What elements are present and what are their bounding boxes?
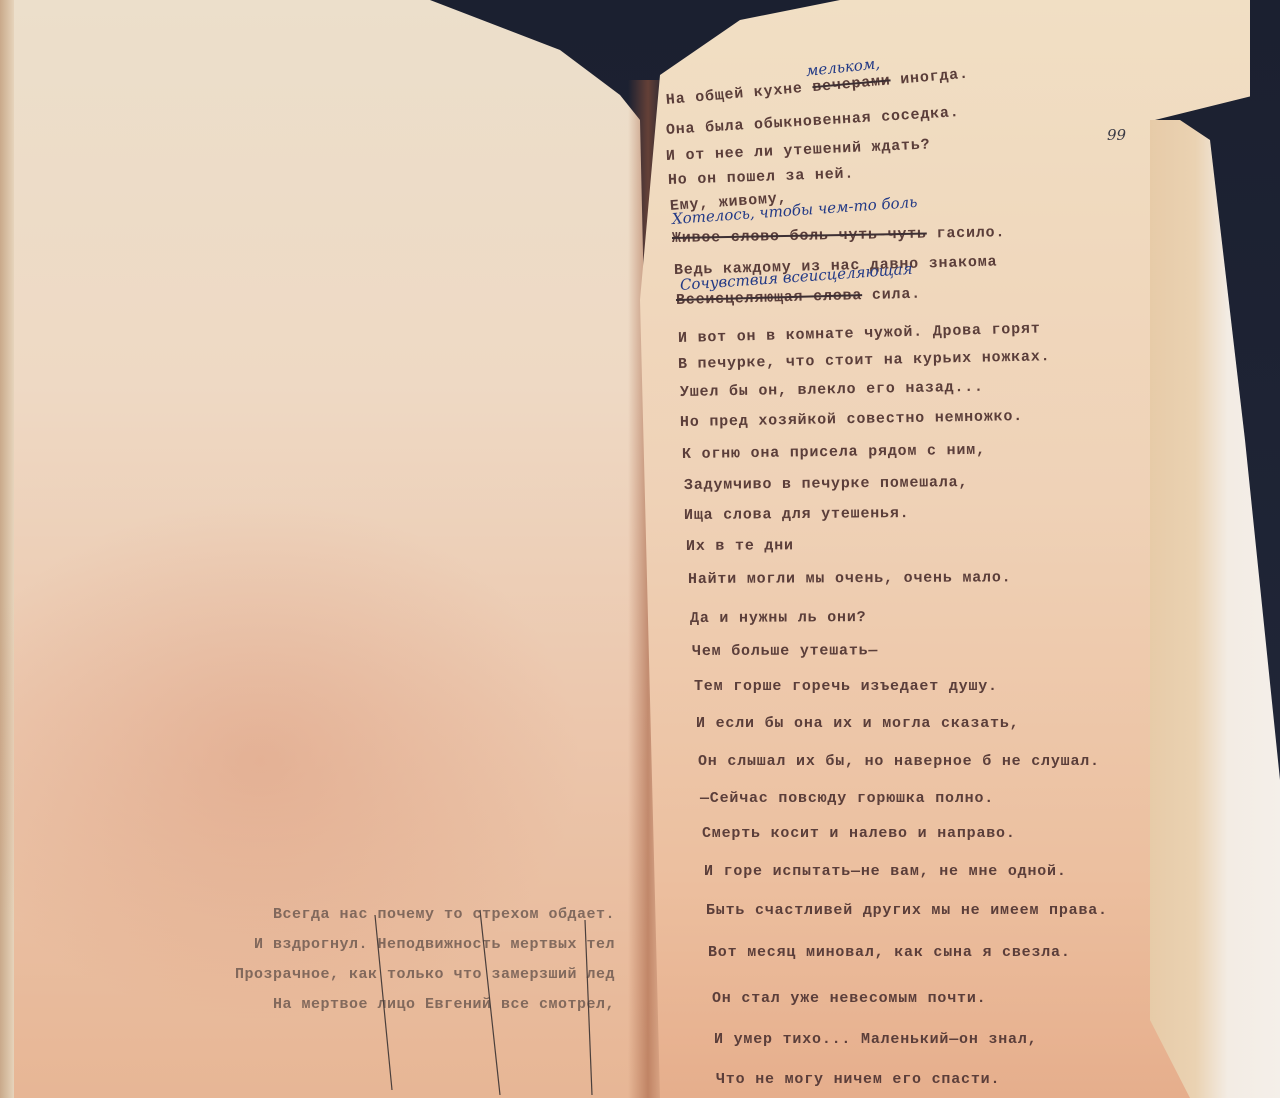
typed-line: В печурке, что стоит на курьих ножках.	[678, 348, 1051, 373]
typed-line: Вот месяц миновал, как сына я свезла.	[708, 944, 1071, 961]
struck-phrase: Живое слово боль чуть-чуть	[672, 226, 927, 247]
typed-line: Но пред хозяйкой совестно немножко.	[680, 408, 1023, 431]
typed-line: И горе испытать—не вам, не мне одной.	[704, 863, 1067, 880]
typed-line: —Сейчас повсюду горюшка полно.	[700, 790, 994, 807]
typed-line: Смерть косит и налево и направо.	[702, 825, 1016, 842]
typed-line: Найти могли мы очень, очень мало.	[688, 569, 1012, 588]
typed-line: Ища слова для утешенья.	[684, 505, 910, 524]
struck-phrase: Всеисцеляющая слова	[676, 287, 863, 309]
typed-line: Живое слово боль чуть-чуть гасило.	[672, 224, 1006, 247]
typed-line: И от нее ли утешений ждать?	[666, 136, 931, 165]
typed-line: Ушел бы он, влекло его назад...	[680, 379, 984, 401]
typed-line: Что не могу ничем его спасти.	[716, 1071, 1000, 1088]
typed-line: И если бы она их и могла сказать,	[696, 715, 1019, 732]
typed-line: Быть счастливей других мы не имеем права…	[706, 902, 1108, 919]
typed-text: На общей кухне вечерами иногда. мельком,…	[0, 0, 1280, 1098]
typed-line: Их в те дни	[686, 537, 794, 555]
typed-line: Тем горше горечь изъедает душу.	[694, 678, 998, 695]
typed-line: К огню она присела рядом с ним,	[682, 442, 986, 463]
typed-line: Она была обыкновенная соседка.	[665, 104, 960, 139]
typed-line: И умер тихо... Маленький—он знал,	[714, 1031, 1037, 1048]
typed-line: И вот он в комнате чужой. Дрова горят	[678, 321, 1041, 347]
typed-line: Он стал уже невесомым почти.	[712, 990, 986, 1007]
typed-line: Да и нужны ль они?	[690, 609, 867, 627]
typed-line: Чем больше утешать—	[692, 642, 878, 660]
typed-line: Задумчиво в печурке помешала,	[684, 474, 968, 494]
typed-line: Но он пошел за ней.	[668, 166, 855, 189]
typed-line: Он слышал их бы, но наверное б не слушал…	[698, 753, 1100, 770]
